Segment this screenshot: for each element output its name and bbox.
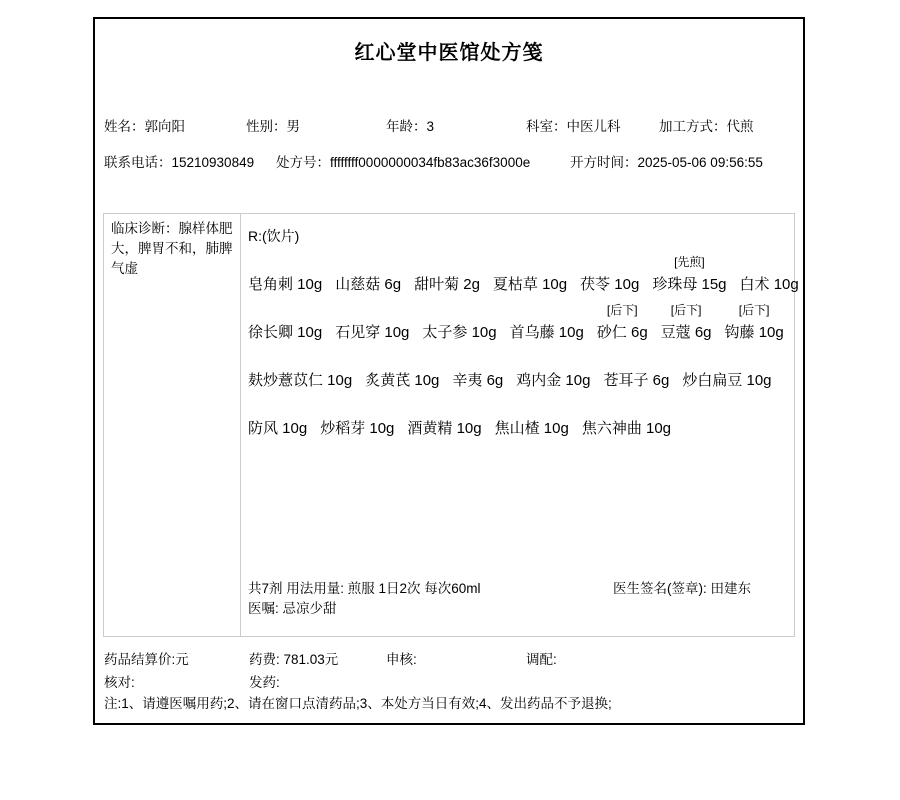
- footer-note: 注:1、请遵医嘱用药;2、请在窗口点清药品;3、本处方当日有效;4、发出药品不予…: [104, 692, 612, 712]
- drug-item: 苍耳子 6g: [603, 347, 669, 395]
- patient-age-field: 年龄：3: [386, 115, 434, 135]
- patient-gender-field: 性别：男: [246, 115, 300, 135]
- drug-item: 甜叶菊 2g: [414, 251, 480, 299]
- rx-number-field: 处方号：ffffffff0000000034fb83ac36f3000e: [276, 151, 530, 171]
- issue-time-value: 2025-05-06 09:56:55: [638, 155, 763, 170]
- drug-item: 炒稻芽 10g: [320, 395, 394, 443]
- drug-name-dose: 甜叶菊 2g: [414, 273, 480, 299]
- rx-header: R:(饮片): [248, 226, 299, 246]
- drug-name-dose: 山慈菇 6g: [335, 273, 401, 299]
- drug-item: 鸡内金 10g: [516, 347, 590, 395]
- patient-name-field: 姓名：郭向阳: [104, 115, 185, 135]
- drug-name-dose: 炙黄芪 10g: [365, 369, 439, 395]
- drug-name-dose: 砂仁 6g: [597, 321, 648, 347]
- drug-item: [后下]砂仁 6g: [597, 299, 648, 347]
- drug-name-dose: 豆蔻 6g: [661, 321, 712, 347]
- drug-item: 山慈菇 6g: [335, 251, 401, 299]
- decoction-note: [后下]: [739, 299, 770, 321]
- usage-instructions: 共7剂 用法用量: 煎服 1日2次 每次60ml: [248, 577, 481, 597]
- drug-name-dose: 酒黄精 10g: [407, 417, 481, 443]
- rx-number-value: ffffffff0000000034fb83ac36f3000e: [330, 155, 530, 170]
- drug-name-dose: 太子参 10g: [422, 321, 496, 347]
- processing-method-field: 加工方式：代煎: [659, 115, 754, 135]
- drug-name-dose: 茯苓 10g: [580, 273, 639, 299]
- settle-price-field: 药品结算价:元: [104, 648, 189, 668]
- patient-name-label: 姓名：: [104, 119, 145, 134]
- drug-name-dose: 防风 10g: [248, 417, 307, 443]
- processing-method-value: 代煎: [727, 119, 754, 134]
- page-title: 红心堂中医馆处方笺: [95, 36, 803, 65]
- department-value: 中医儿科: [567, 119, 621, 134]
- drug-item: 皂角刺 10g: [248, 251, 322, 299]
- doctor-signature: 医生签名(签章): 田建东: [613, 577, 751, 597]
- check-field: 核对:: [104, 671, 135, 691]
- drug-line: 徐长卿 10g石见穿 10g太子参 10g首乌藤 10g[后下]砂仁 6g[后下…: [248, 299, 790, 347]
- drug-item: 酒黄精 10g: [407, 395, 481, 443]
- drug-name-dose: 鸡内金 10g: [516, 369, 590, 395]
- drug-name-dose: 焦六神曲 10g: [582, 417, 671, 443]
- drug-name-dose: 炒稻芽 10g: [320, 417, 394, 443]
- review-field: 申核:: [386, 648, 417, 668]
- decoction-note: [后下]: [607, 299, 638, 321]
- drug-lines: 皂角刺 10g山慈菇 6g甜叶菊 2g夏枯草 10g茯苓 10g[先煎]珍珠母 …: [248, 251, 790, 443]
- drug-name-dose: 辛夷 6g: [452, 369, 503, 395]
- drug-item: 麸炒薏苡仁 10g: [248, 347, 352, 395]
- drug-name-dose: 麸炒薏苡仁 10g: [248, 369, 352, 395]
- drug-item: 炒白扁豆 10g: [682, 347, 771, 395]
- patient-name-value: 郭向阳: [145, 119, 186, 134]
- drug-name-dose: 白术 10g: [740, 273, 799, 299]
- rx-area: R:(饮片) 皂角刺 10g山慈菇 6g甜叶菊 2g夏枯草 10g茯苓 10g[…: [241, 214, 794, 636]
- drug-line: 皂角刺 10g山慈菇 6g甜叶菊 2g夏枯草 10g茯苓 10g[先煎]珍珠母 …: [248, 251, 790, 299]
- drug-name-dose: 钩藤 10g: [725, 321, 784, 347]
- phone-value: 15210930849: [172, 155, 255, 170]
- drug-item: 防风 10g: [248, 395, 307, 443]
- drug-name-dose: 夏枯草 10g: [493, 273, 567, 299]
- drug-item: [后下]豆蔻 6g: [661, 299, 712, 347]
- department-label: 科室：: [526, 119, 567, 134]
- drug-name-dose: 首乌藤 10g: [510, 321, 584, 347]
- drug-name-dose: 焦山楂 10g: [495, 417, 569, 443]
- issue-time-field: 开方时间：2025-05-06 09:56:55: [570, 151, 763, 171]
- decoction-note: [先煎]: [674, 251, 705, 273]
- drug-name-dose: 苍耳子 6g: [603, 369, 669, 395]
- drug-item: 炙黄芪 10g: [365, 347, 439, 395]
- drug-item: [先煎]珍珠母 15g: [652, 251, 726, 299]
- drug-item: 石见穿 10g: [335, 299, 409, 347]
- phone-label: 联系电话：: [104, 155, 172, 170]
- drug-line: 防风 10g炒稻芽 10g酒黄精 10g焦山楂 10g焦六神曲 10g: [248, 395, 790, 443]
- drug-name-dose: 皂角刺 10g: [248, 273, 322, 299]
- drug-item: 焦六神曲 10g: [582, 395, 671, 443]
- doctor-advice: 医嘱: 忌凉少甜: [248, 597, 337, 617]
- drug-item: 徐长卿 10g: [248, 299, 322, 347]
- drug-item: [后下]钩藤 10g: [725, 299, 784, 347]
- rx-number-label: 处方号：: [276, 155, 330, 170]
- issue-field: 发药:: [249, 671, 280, 691]
- prescription-page: 红心堂中医馆处方笺 姓名：郭向阳 性别：男 年龄：3 科室：中医儿科 加工方式：…: [0, 0, 900, 800]
- prescription-body-box: 临床诊断：腺样体肥大，脾胃不和，肺脾气虚 R:(饮片) 皂角刺 10g山慈菇 6…: [103, 213, 795, 637]
- processing-method-label: 加工方式：: [659, 119, 727, 134]
- decoction-note: [后下]: [671, 299, 702, 321]
- patient-gender-value: 男: [287, 119, 301, 134]
- clinical-diagnosis: 临床诊断：腺样体肥大，脾胃不和，肺脾气虚: [104, 214, 241, 636]
- dispense-field: 调配:: [526, 648, 557, 668]
- drug-item: 首乌藤 10g: [510, 299, 584, 347]
- fee-field: 药费: 781.03元: [249, 648, 338, 668]
- drug-item: 夏枯草 10g: [493, 251, 567, 299]
- patient-age-label: 年龄：: [386, 119, 427, 134]
- drug-name-dose: 徐长卿 10g: [248, 321, 322, 347]
- drug-name-dose: 珍珠母 15g: [652, 273, 726, 299]
- phone-field: 联系电话：15210930849: [104, 151, 254, 171]
- drug-item: 太子参 10g: [422, 299, 496, 347]
- drug-item: 焦山楂 10g: [495, 395, 569, 443]
- drug-item: 白术 10g: [740, 251, 799, 299]
- drug-name-dose: 炒白扁豆 10g: [682, 369, 771, 395]
- prescription-sheet: 红心堂中医馆处方笺 姓名：郭向阳 性别：男 年龄：3 科室：中医儿科 加工方式：…: [93, 17, 805, 725]
- drug-item: 茯苓 10g: [580, 251, 639, 299]
- drug-item: 辛夷 6g: [452, 347, 503, 395]
- drug-name-dose: 石见穿 10g: [335, 321, 409, 347]
- patient-age-value: 3: [427, 119, 435, 134]
- patient-gender-label: 性别：: [246, 119, 287, 134]
- department-field: 科室：中医儿科: [526, 115, 621, 135]
- drug-line: 麸炒薏苡仁 10g炙黄芪 10g辛夷 6g鸡内金 10g苍耳子 6g炒白扁豆 1…: [248, 347, 790, 395]
- issue-time-label: 开方时间：: [570, 155, 638, 170]
